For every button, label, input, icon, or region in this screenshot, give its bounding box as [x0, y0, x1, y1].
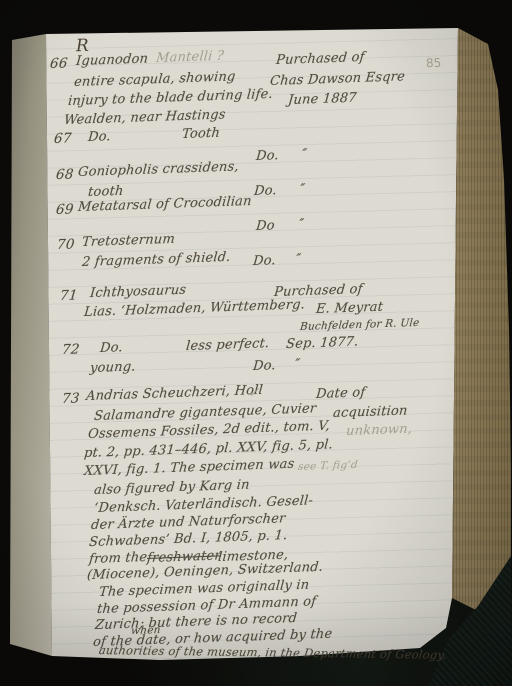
entry-68-species: Goniopholis crassidens,	[77, 160, 239, 180]
entry-71-locality: Lias. ‘Holzmaden, Württemberg.	[83, 298, 305, 320]
entry-67-number: 67	[53, 131, 72, 147]
entry-73-hist-5: authorities of the museum, in the Depart…	[98, 644, 447, 661]
entry-67-desc: Tooth	[181, 127, 220, 143]
entry-73-pencil-mark: ✓	[247, 387, 259, 402]
entry-73-ref-3: pt. 2, pp. 431–446, pl. XXV, fig. 5, pl.	[83, 438, 333, 461]
entry-68-date-ditto: ″	[299, 183, 305, 198]
entry-72-acquisition-ditto: Do.	[252, 359, 276, 374]
entry-73-acquisition-2: acquisition	[332, 404, 408, 421]
book-photograph: R 85 66IguanodonMantelli ?Purchased ofen…	[0, 0, 512, 686]
entry-73-acquisition-3: unknown,	[345, 423, 412, 440]
entry-68-acquisition-ditto: Do.	[253, 184, 277, 199]
entry-66-species: Iguanodon	[75, 52, 148, 69]
entry-66-desc-1: entire scapula, showing	[73, 70, 236, 90]
entry-66-desc-2: injury to the blade during life.	[67, 88, 273, 109]
entry-72-date: Sep. 1877.	[285, 335, 359, 352]
entry-73-number: 73	[61, 391, 80, 407]
entry-72-ditto: Do.	[99, 341, 123, 356]
entry-67-acquisition-ditto: Do.	[255, 149, 279, 164]
entry-71-number: 71	[59, 288, 78, 304]
entry-73-acquisition-1: Date of	[315, 386, 365, 402]
entry-66-acquisition-2: Chas Dawson Esqre	[269, 70, 405, 89]
entry-73-species: Andrias Scheuchzeri, Holl	[85, 384, 263, 405]
page-number: 85	[426, 56, 442, 71]
entry-73-pencil-note: see T. fig’d	[297, 460, 358, 474]
entry-72-number: 72	[61, 342, 80, 358]
entry-70-acquisition-ditto: Do.	[252, 254, 276, 269]
entry-73-ref-4: XXVI, fig. 1. The specimen was	[83, 458, 295, 480]
entry-66-acquisition-3: June 1887	[287, 92, 357, 109]
entry-73-ref-9a: from the	[88, 551, 147, 567]
entry-68-number: 68	[55, 167, 74, 183]
entry-66-pencil-species: Mantelli ?	[155, 50, 224, 67]
entry-72-desc-2: young.	[89, 360, 136, 376]
entry-72-date-ditto: ″	[294, 358, 300, 373]
entry-66-acquisition-1: Purchased of	[275, 51, 365, 68]
entry-71-species: Ichthyosaurus	[89, 284, 186, 302]
entry-70-species: Tretosternum	[81, 233, 175, 251]
handwriting-layer: R 85 66IguanodonMantelli ?Purchased ofen…	[0, 0, 512, 686]
entry-70-number: 70	[56, 237, 75, 253]
entry-67-ditto: Do.	[87, 130, 111, 145]
entry-70-desc: 2 fragments of shield.	[81, 251, 231, 271]
entry-70-date-ditto: ″	[295, 253, 301, 268]
entry-69-date-ditto: ″	[298, 218, 304, 233]
entry-69-number: 69	[55, 202, 74, 218]
entry-71-acquisition-2: E. Meyrat	[315, 301, 383, 318]
entry-69-acquisition-ditto: Do	[255, 219, 275, 234]
entry-66-number: 66	[49, 56, 68, 72]
entry-67-date-ditto: ″	[301, 148, 307, 163]
entry-72-desc-1: less perfect.	[185, 337, 270, 354]
entry-71-acquisition-3: Buchfelden for R. Ule	[299, 318, 419, 334]
